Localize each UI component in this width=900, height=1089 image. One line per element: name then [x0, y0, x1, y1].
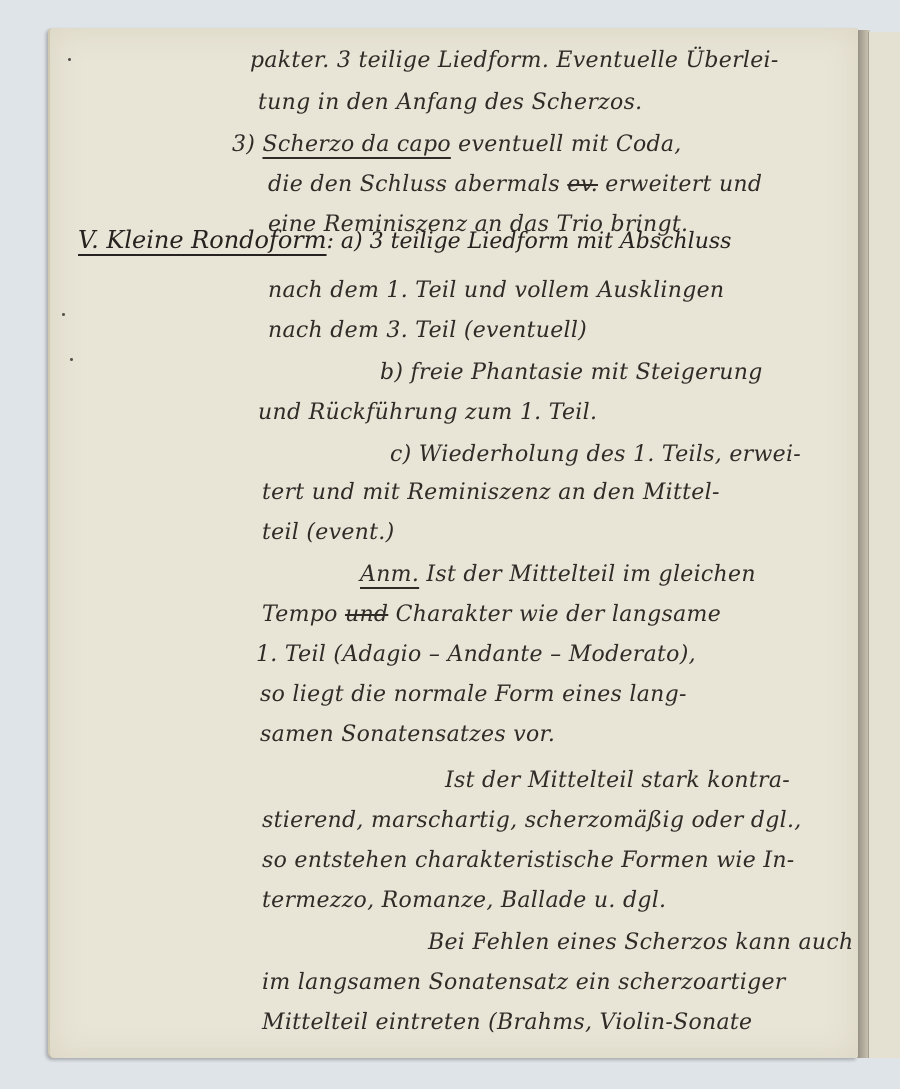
text-span: eventuell mit Coda, [451, 132, 682, 157]
text-span: Tempo [262, 602, 345, 627]
struck-word: und [345, 602, 388, 627]
text-line: termezzo, Romanze, Ballade u. dgl. [262, 888, 666, 913]
heading-title: V. Kleine Rondoform [78, 226, 327, 254]
text-line: 1. Teil (Adagio – Andante – Moderato), [256, 642, 696, 667]
text-span: Ist der Mittelteil im gleichen [419, 562, 756, 587]
text-span: die den Schluss abermals [268, 172, 567, 197]
text-line: samen Sonatensatzes vor. [260, 722, 555, 747]
text-span: erweitert und [598, 172, 762, 197]
ink-speck [62, 313, 65, 316]
text-line: teil (event.) [262, 520, 394, 545]
text-line: Ist der Mittelteil stark kontra- [445, 768, 790, 793]
ink-speck [70, 358, 73, 361]
underlined-term: Scherzo da capo [262, 132, 450, 157]
text-line: stierend, marschartig, scherzomäßig oder… [262, 808, 802, 833]
struck-word: ev. [567, 172, 598, 197]
text-line: Anm. Ist der Mittelteil im gleichen [360, 562, 756, 587]
text-line: die den Schluss abermals ev. erweitert u… [268, 172, 762, 197]
text-span: : a) 3 teilige Liedform mit Abschluss [327, 229, 732, 254]
text-line: so liegt die normale Form eines lang- [260, 682, 687, 707]
annotation-label: Anm. [360, 562, 419, 587]
text-line: c) Wiederholung des 1. Teils, erwei- [390, 442, 801, 467]
text-line: nach dem 3. Teil (eventuell) [268, 318, 587, 343]
adjacent-page-edge [868, 32, 900, 1058]
text-line: 3) Scherzo da capo eventuell mit Coda, [232, 132, 682, 157]
text-line: und Rückführung zum 1. Teil. [258, 400, 597, 425]
text-line: pakter. 3 teilige Liedform. Eventuelle Ü… [250, 48, 779, 73]
text-line: Tempo und Charakter wie der langsame [262, 602, 721, 627]
section-heading: V. Kleine Rondoform: a) 3 teilige Liedfo… [78, 226, 731, 254]
text-line: tung in den Anfang des Scherzos. [258, 90, 642, 115]
text-line: Bei Fehlen eines Scherzos kann auch [428, 930, 853, 955]
text-line: nach dem 1. Teil und vollem Ausklingen [268, 278, 724, 303]
ink-speck [68, 58, 71, 61]
list-marker: 3) [232, 132, 262, 157]
text-line: tert und mit Reminiszenz an den Mittel- [262, 480, 720, 505]
text-span: Charakter wie der langsame [388, 602, 721, 627]
text-line: b) freie Phantasie mit Steigerung [380, 360, 763, 385]
text-line: Mittelteil eintreten (Brahms, Violin-Son… [262, 1010, 752, 1035]
text-line: so entstehen charakteristische Formen wi… [262, 848, 795, 873]
text-line: im langsamen Sonatensatz ein scherzoarti… [262, 970, 786, 995]
